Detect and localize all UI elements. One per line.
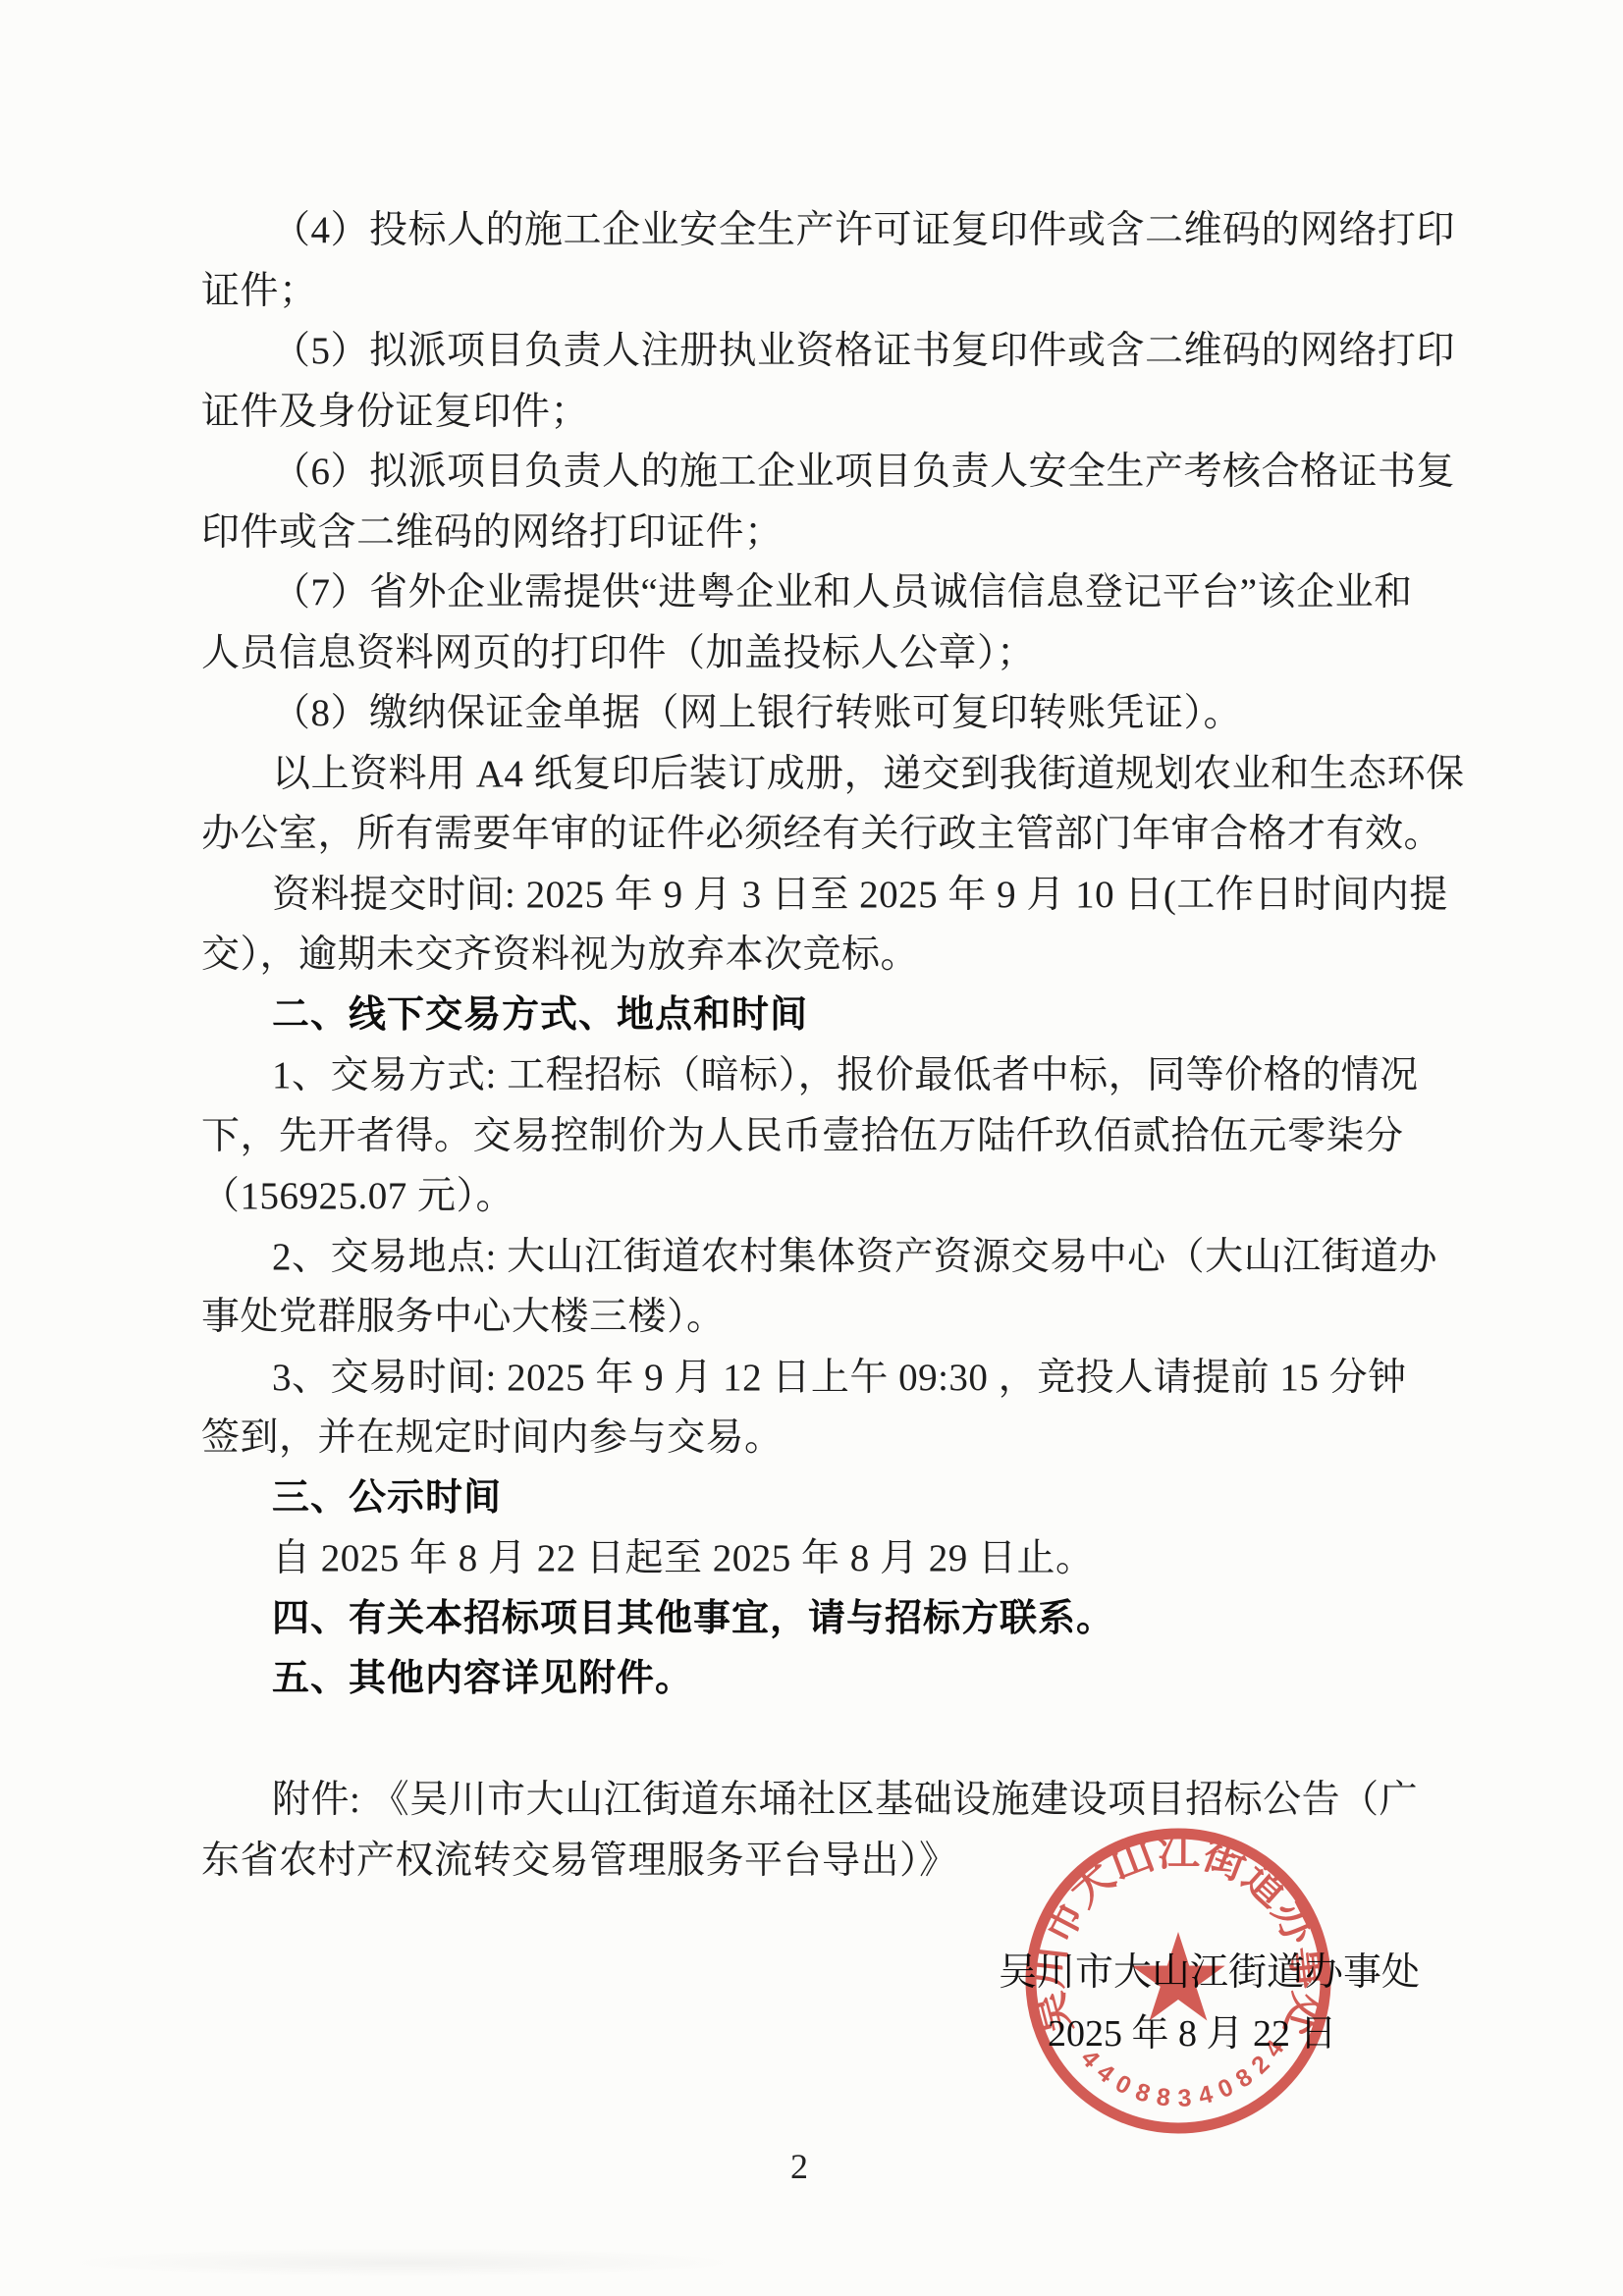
document-line: 办公室，所有需要年审的证件必须经有关行政主管部门年审合格才有效。 <box>201 804 1478 865</box>
document-page: （4）投标人的施工企业安全生产许可证复印件或含二维码的网络打印证件；（5）拟派项… <box>0 0 1623 2296</box>
document-line: 证件及身份证复印件； <box>201 382 1478 443</box>
document-body: （4）投标人的施工企业安全生产许可证复印件或含二维码的网络打印证件；（5）拟派项… <box>201 200 1478 1891</box>
document-line: （8）缴纳保证金单据（网上银行转账可复印转账凭证）。 <box>201 683 1478 744</box>
document-line: （7）省外企业需提供“进粤企业和人员诚信信息登记平台”该企业和 <box>201 562 1478 623</box>
document-line: 印件或含二维码的网络打印证件； <box>201 503 1478 563</box>
document-line: 下，先开者得。交易控制价为人民币壹拾伍万陆仟玖佰贰拾伍元零柒分 <box>201 1106 1478 1167</box>
document-line: （156925.07 元）。 <box>201 1166 1478 1227</box>
document-line: 3、交易时间: 2025 年 9 月 12 日上午 09:30 ，竞投人请提前 … <box>201 1348 1478 1409</box>
seal-star-icon <box>1131 1932 1224 2021</box>
official-seal: 吴川市大山江街道办事处 4408834082472 <box>1011 1814 1345 2148</box>
document-line: 自 2025 年 8 月 22 日起至 2025 年 8 月 29 日止。 <box>201 1528 1478 1589</box>
document-line: （6）拟派项目负责人的施工企业项目负责人安全生产考核合格证书复 <box>201 442 1478 503</box>
section-heading: 五、其他内容详见附件。 <box>201 1649 1478 1710</box>
document-line: 1、交易方式: 工程招标（暗标），报价最低者中标，同等价格的情况 <box>201 1045 1478 1106</box>
document-line <box>201 1710 1478 1771</box>
document-line: 以上资料用 A4 纸复印后装订成册，递交到我街道规划农业和生态环保 <box>201 744 1478 805</box>
section-heading: 三、公示时间 <box>201 1468 1478 1529</box>
document-line: 签到，并在规定时间内参与交易。 <box>201 1408 1478 1468</box>
document-line: 证件； <box>201 261 1478 322</box>
section-heading: 四、有关本招标项目其他事宜，请与招标方联系。 <box>201 1589 1478 1650</box>
document-line: 事处党群服务中心大楼三楼）。 <box>201 1287 1478 1348</box>
section-heading: 二、线下交易方式、地点和时间 <box>201 986 1478 1046</box>
document-line: （5）拟派项目负责人注册执业资格证书复印件或含二维码的网络打印 <box>201 321 1478 382</box>
document-line: 2、交易地点: 大山江街道农村集体资产资源交易中心（大山江街道办 <box>201 1227 1478 1288</box>
document-line: 交），逾期未交齐资料视为放弃本次竞标。 <box>201 925 1478 986</box>
scan-artifact <box>59 2248 746 2277</box>
document-line: 人员信息资料网页的打印件（加盖投标人公章）； <box>201 623 1478 684</box>
page-number: 2 <box>0 2146 1598 2187</box>
document-line: （4）投标人的施工企业安全生产许可证复印件或含二维码的网络打印 <box>201 200 1478 261</box>
document-line: 资料提交时间: 2025 年 9 月 3 日至 2025 年 9 月 10 日(… <box>201 865 1478 926</box>
